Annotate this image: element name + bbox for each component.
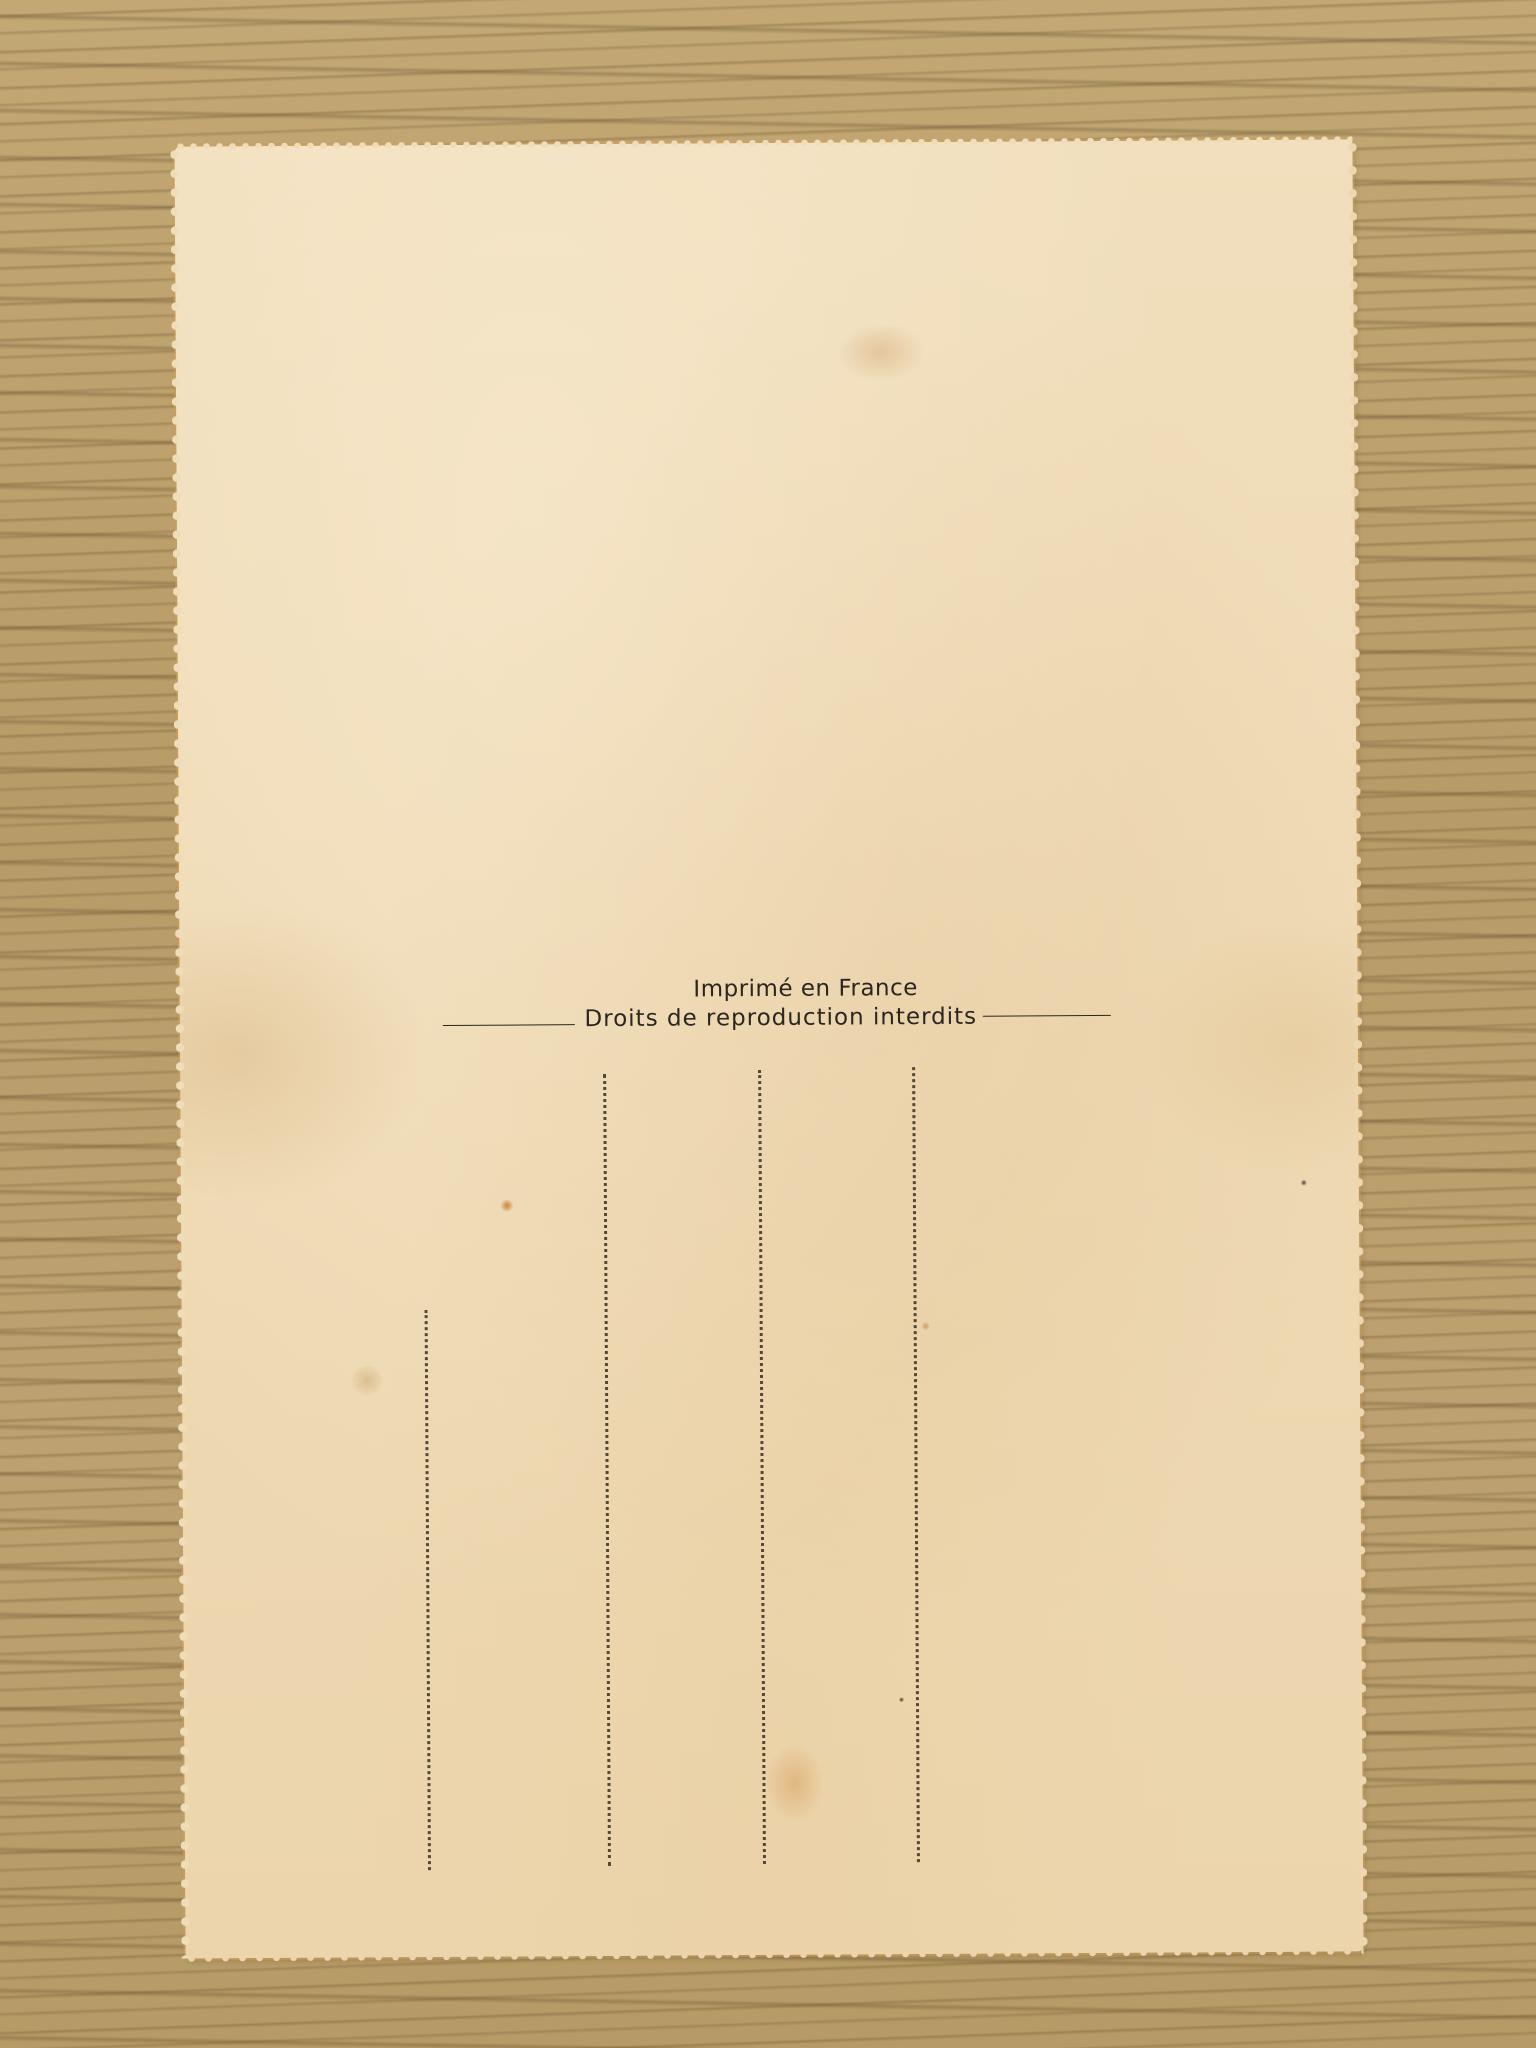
dotted-divider-line-1 [425, 1310, 431, 1870]
foxing-stain [836, 322, 926, 383]
foxing-stain [764, 1743, 824, 1823]
foxing-stain [352, 1365, 382, 1395]
foxing-stain [1301, 1180, 1307, 1186]
printer-imprint: Imprimé en France Droits de reproduction… [180, 971, 1358, 1036]
dotted-divider-line-4 [912, 1067, 920, 1862]
imprint-rights-row: Droits de reproduction interdits [180, 999, 1358, 1036]
dotted-divider-line-2 [603, 1074, 611, 1866]
foxing-stain [501, 1200, 513, 1212]
foxing-stain [899, 1697, 904, 1702]
postcard-back: Imprimé en France Droits de reproduction… [174, 139, 1363, 1958]
imprint-rule-left [443, 1024, 575, 1026]
foxing-stain [922, 1322, 930, 1330]
imprint-reproduction-rights: Droits de reproduction interdits [584, 1002, 977, 1034]
dotted-divider-line-3 [758, 1070, 766, 1864]
imprint-rule-right [983, 1014, 1111, 1016]
